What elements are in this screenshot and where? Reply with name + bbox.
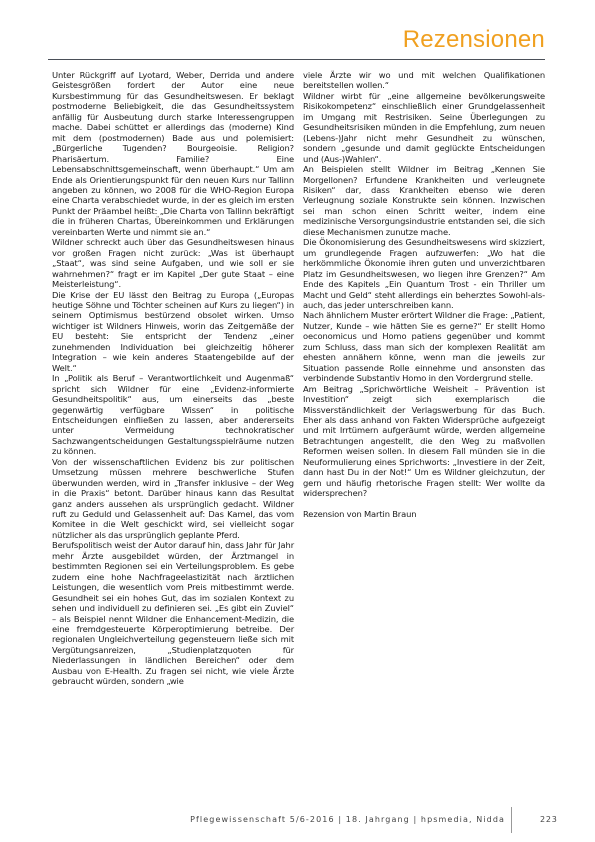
paragraph: Die Krise der EU lässt den Beitrag zu Eu… <box>52 290 294 374</box>
paragraph: Von der wissenschaftlichen Evidenz bis z… <box>52 457 294 541</box>
paragraph: Unter Rückgriff auf Lyotard, Weber, Derr… <box>52 70 294 237</box>
paragraph: Wildner schreckt auch über das Gesundhei… <box>52 237 294 289</box>
page-footer: Pflegewissenschaft 5/6-2016 | 18. Jahrga… <box>0 815 595 829</box>
article-right-column: viele Ärzte wir wo und mit welchen Quali… <box>303 70 545 519</box>
paragraph: viele Ärzte wir wo und mit welchen Quali… <box>303 70 545 91</box>
article-left-column: Unter Rückgriff auf Lyotard, Weber, Derr… <box>52 70 294 687</box>
paragraph: Berufspolitisch weist der Autor darauf h… <box>52 540 294 686</box>
paragraph: Nach ähnlichem Muster erörtert Wildner d… <box>303 310 545 383</box>
paragraph: Am Beitrag „Sprichwörtliche Weisheit – P… <box>303 384 545 499</box>
page-number: 223 <box>540 815 558 824</box>
paragraph: An Beispielen stellt Wildner im Beitrag … <box>303 164 545 237</box>
section-title: Rezensionen <box>403 26 545 54</box>
reviewer-credit: Rezension von Martin Braun <box>303 509 545 519</box>
journal-citation: Pflegewissenschaft 5/6-2016 | 18. Jahrga… <box>190 815 505 824</box>
paragraph: Die Ökonomisierung des Gesundheitswesens… <box>303 237 545 310</box>
paragraph: Wildner wirbt für „eine allgemeine bevöl… <box>303 91 545 164</box>
footer-divider <box>511 807 512 833</box>
paragraph: In „Politik als Beruf – Verantwortlichke… <box>52 373 294 457</box>
header-rule <box>48 59 545 60</box>
